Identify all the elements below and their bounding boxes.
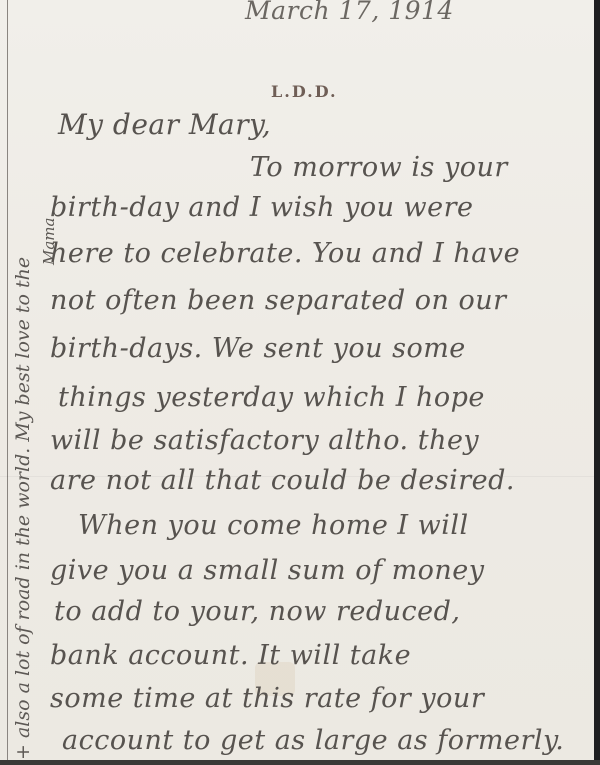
- body-line: give you a small sum of money: [50, 555, 485, 586]
- body-line: will be satisfactory altho. they: [50, 425, 479, 456]
- margin-rule: [7, 0, 8, 760]
- body-line: are not all that could be desired.: [50, 465, 515, 496]
- page-edge-bottom: [0, 760, 600, 765]
- body-line: not often been separated on our: [50, 285, 507, 316]
- monogram: L.D.D.: [271, 82, 338, 101]
- body-line: some time at this rate for your: [50, 683, 484, 714]
- body-line: to add to your, now reduced,: [54, 596, 461, 627]
- body-line: things yesterday which I hope: [58, 382, 485, 413]
- body-line: account to get as large as formerly.: [62, 725, 564, 756]
- body-line: To morrow is your: [250, 152, 508, 183]
- salutation: My dear Mary,: [58, 108, 271, 141]
- body-line: birth-day and I wish you were: [50, 192, 474, 223]
- body-line: birth-days. We sent you some: [50, 333, 466, 364]
- margin-note: + also a lot of road in the world. My be…: [12, 257, 34, 760]
- body-line: here to celebrate. You and I have: [50, 238, 520, 269]
- letter-date: March 17, 1914: [245, 0, 454, 25]
- body-line: When you come home I will: [78, 510, 469, 541]
- margin-note-signoff: Mama.: [40, 213, 58, 265]
- letter-page: March 17, 1914 L.D.D. My dear Mary, To m…: [0, 0, 594, 760]
- body-line: bank account. It will take: [50, 640, 411, 671]
- page-edge-right: [594, 0, 600, 765]
